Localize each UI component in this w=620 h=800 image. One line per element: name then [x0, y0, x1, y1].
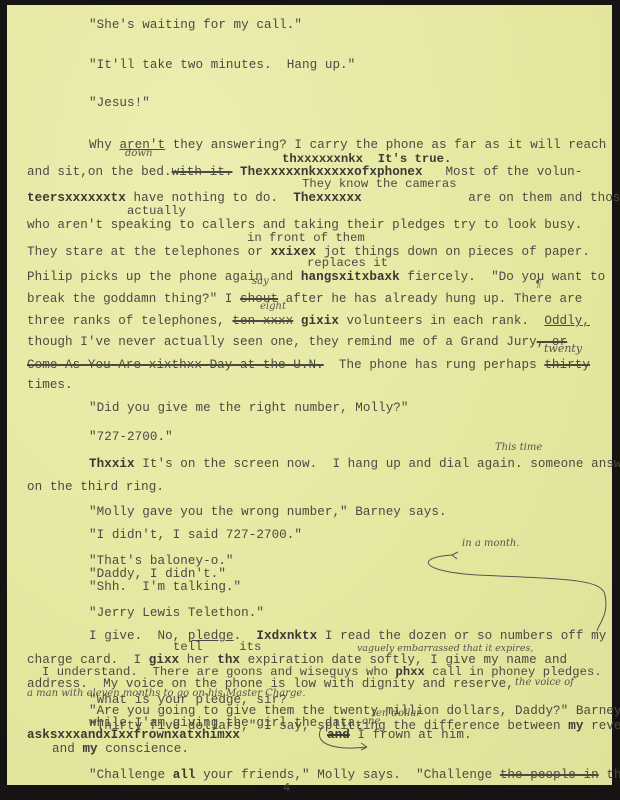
- text-line: "What is your pledge, sir?: [89, 693, 287, 707]
- text-line: "Challenge all your friends," Molly says…: [89, 768, 620, 782]
- text-line: "Thirty five dollars," I say, splitting …: [89, 719, 620, 733]
- text: the: [599, 768, 620, 782]
- text: "Thirty five dollars," I say, splitting …: [89, 719, 568, 733]
- text: and: [52, 742, 82, 756]
- text: "Challenge: [89, 768, 173, 782]
- xed-out-text: my: [568, 719, 583, 733]
- text: revenge: [584, 719, 620, 733]
- text: conscience.: [98, 742, 189, 756]
- text: your friends," Molly says. "Challenge: [196, 768, 500, 782]
- struck-text: the people in: [500, 768, 599, 782]
- text-line: and my conscience.: [52, 742, 189, 756]
- xed-out-text: all: [173, 768, 196, 782]
- bottom-lines: [7, 5, 612, 785]
- xed-out-text: my: [82, 742, 97, 756]
- handwritten-insertion: ten dollar: [372, 708, 421, 719]
- page-number: 4: [283, 781, 290, 795]
